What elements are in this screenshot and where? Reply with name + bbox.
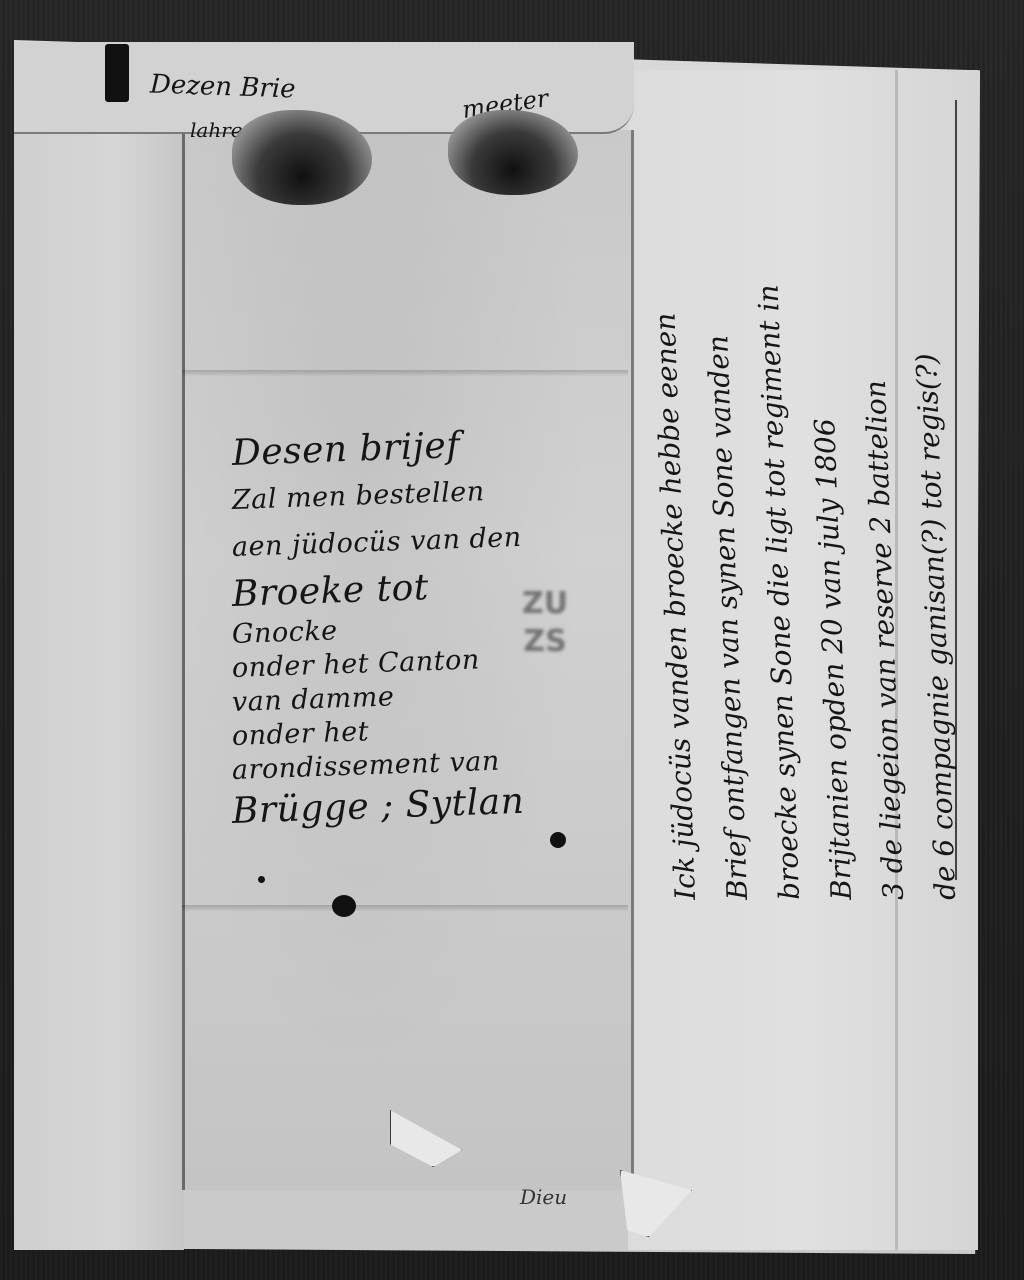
ink-blot	[105, 44, 129, 102]
docket-note: Ick jüdocüs vanden broecke hebbe eenen B…	[660, 100, 972, 900]
horizontal-fold-line	[182, 370, 628, 376]
ink-spot	[332, 895, 356, 917]
bottom-flap-text: Dieu	[520, 1185, 567, 1209]
wax-seal-remnant	[448, 110, 578, 195]
wax-seal-remnant	[232, 110, 372, 205]
ink-spot	[258, 876, 265, 883]
horizontal-fold-line	[182, 905, 628, 911]
postmark-stamp: ZU ZS	[500, 585, 590, 765]
left-fold-panel	[14, 130, 184, 1250]
ink-spot	[550, 832, 566, 848]
top-flap-text-left: Dezen Brie	[150, 69, 297, 104]
